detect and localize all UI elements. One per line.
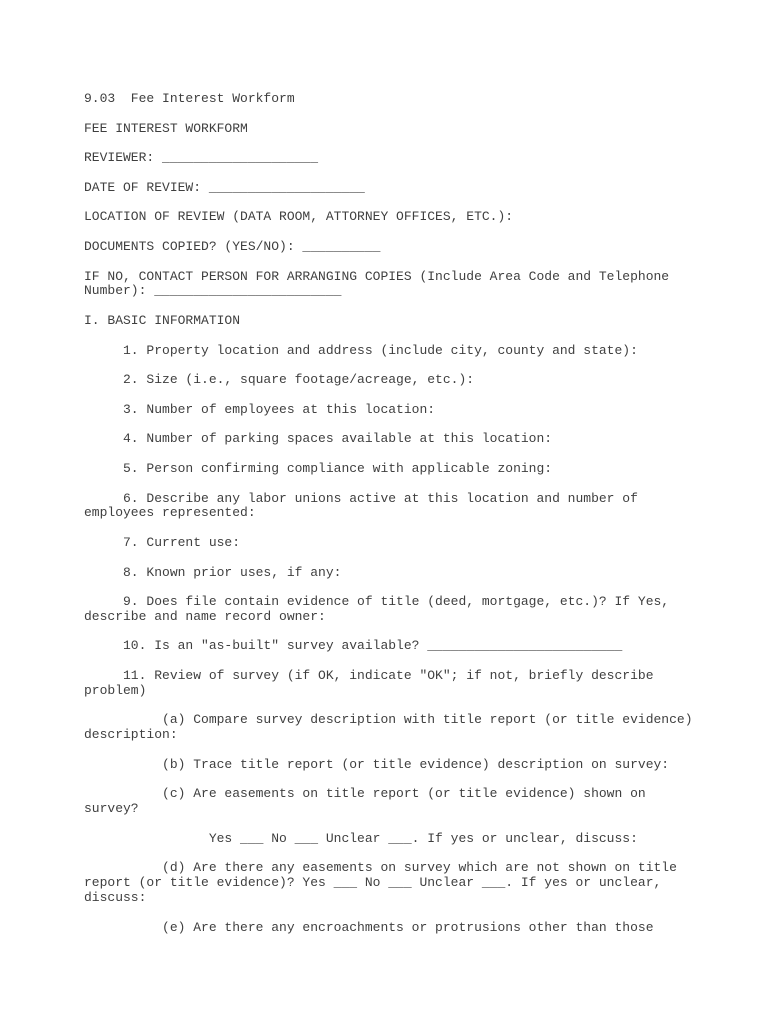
question-11a-compare-description: (a) Compare survey description with titl… (84, 713, 714, 743)
question-3-employees: 3. Number of employees at this location: (84, 403, 714, 418)
date-of-review-field: DATE OF REVIEW: ____________________ (84, 181, 714, 196)
question-1-property-location: 1. Property location and address (includ… (84, 344, 714, 359)
question-9-title-evidence: 9. Does file contain evidence of title (… (84, 595, 714, 625)
question-11e-encroachments: (e) Are there any encroachments or protr… (84, 921, 714, 936)
question-11c-yes-no-unclear: Yes ___ No ___ Unclear ___. If yes or un… (84, 832, 714, 847)
question-8-prior-uses: 8. Known prior uses, if any: (84, 566, 714, 581)
question-11b-trace-description: (b) Trace title report (or title evidenc… (84, 758, 714, 773)
question-10-as-built-survey: 10. Is an "as-built" survey available? _… (84, 639, 714, 654)
question-11-review-of-survey: 11. Review of survey (if OK, indicate "O… (84, 669, 714, 699)
document-page: 9.03 Fee Interest Workform FEE INTEREST … (0, 0, 770, 1024)
section-basic-information-heading: I. BASIC INFORMATION (84, 314, 714, 329)
question-4-parking-spaces: 4. Number of parking spaces available at… (84, 432, 714, 447)
reviewer-field: REVIEWER: ____________________ (84, 151, 714, 166)
question-7-current-use: 7. Current use: (84, 536, 714, 551)
doc-heading: 9.03 Fee Interest Workform (84, 92, 714, 107)
question-5-zoning-compliance: 5. Person confirming compliance with app… (84, 462, 714, 477)
question-2-size: 2. Size (i.e., square footage/acreage, e… (84, 373, 714, 388)
form-title: FEE INTEREST WORKFORM (84, 122, 714, 137)
question-6-labor-unions: 6. Describe any labor unions active at t… (84, 492, 714, 522)
location-of-review-field: LOCATION OF REVIEW (DATA ROOM, ATTORNEY … (84, 210, 714, 225)
question-11c-easements-shown: (c) Are easements on title report (or ti… (84, 787, 714, 817)
documents-copied-field: DOCUMENTS COPIED? (YES/NO): __________ (84, 240, 714, 255)
contact-person-field: IF NO, CONTACT PERSON FOR ARRANGING COPI… (84, 270, 714, 300)
question-11d-easements-not-shown: (d) Are there any easements on survey wh… (84, 861, 714, 905)
